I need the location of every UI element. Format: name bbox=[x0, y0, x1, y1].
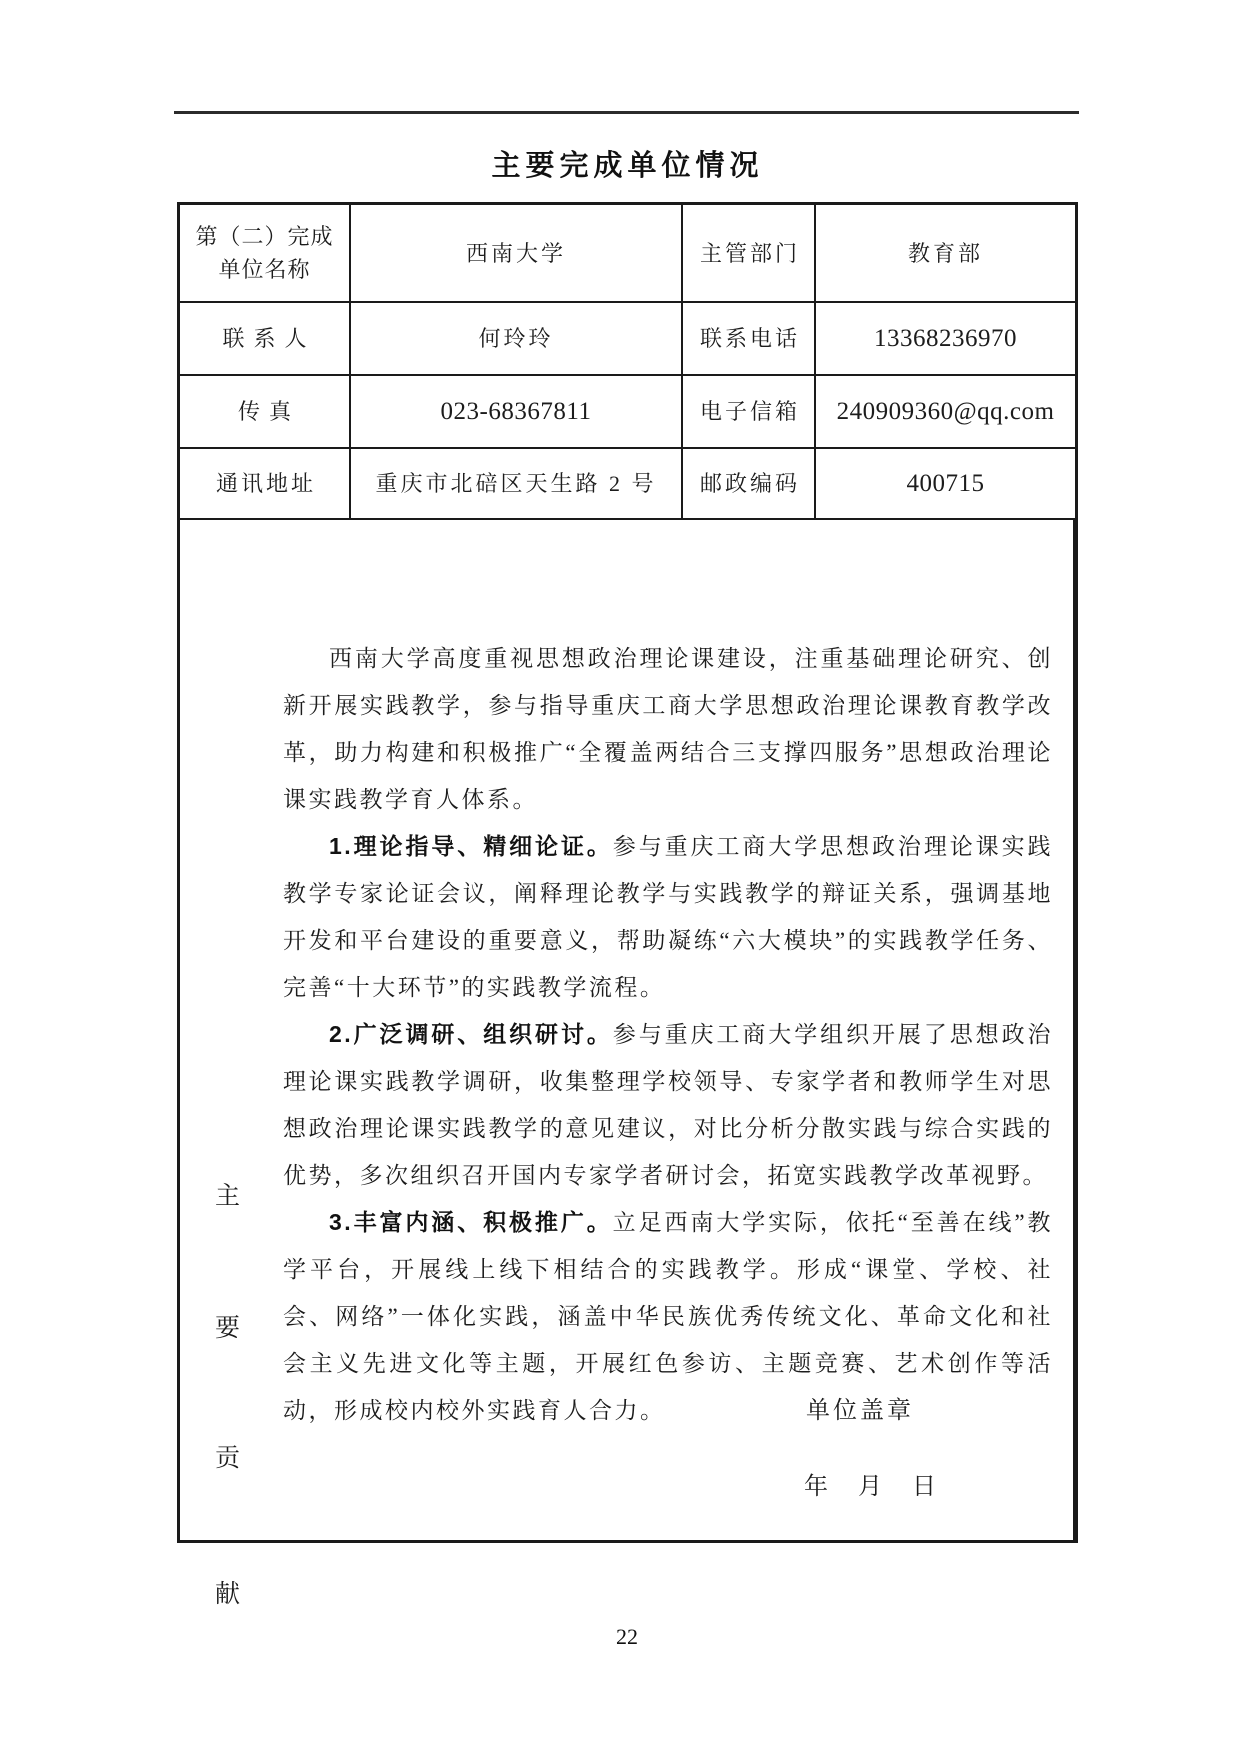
field-postcode-label: 邮政编码 bbox=[683, 449, 816, 520]
date-day-label: 日 bbox=[912, 1466, 936, 1501]
field-email-value: 240909360@qq.com bbox=[816, 376, 1075, 449]
field-supervisor-label: 主管部门 bbox=[683, 205, 816, 303]
unit-info-table: 第（二）完成单位名称 西南大学 主管部门 教育部 联系人 何玲玲 联系电话 13… bbox=[177, 202, 1078, 1543]
field-unit-name-label: 第（二）完成单位名称 bbox=[180, 205, 351, 303]
field-contact-value: 何玲玲 bbox=[351, 303, 683, 376]
paragraph-lead: 3.丰富内涵、积极推广。 bbox=[329, 1209, 613, 1235]
contribution-label-char: 要 bbox=[186, 1312, 269, 1345]
field-fax-label: 传真 bbox=[180, 376, 351, 449]
field-address-label: 通讯地址 bbox=[180, 449, 351, 520]
date-year-label: 年 bbox=[804, 1466, 828, 1501]
contribution-paragraph-1: 1.理论指导、精细论证。参与重庆工商大学思想政治理论课实践教学专家论证会议，阐释… bbox=[283, 823, 1053, 1011]
field-fax-value: 023-68367811 bbox=[351, 376, 683, 449]
unit-stamp-label: 单位盖章 bbox=[806, 1390, 914, 1425]
contribution-paragraph-3: 3.丰富内涵、积极推广。立足西南大学实际，依托“至善在线”教学平台，开展线上线下… bbox=[283, 1199, 1053, 1434]
field-address-value: 重庆市北碚区天生路 2 号 bbox=[351, 449, 683, 520]
field-contact-label: 联系人 bbox=[180, 303, 351, 376]
paragraph-lead: 1.理论指导、精细论证。 bbox=[329, 833, 613, 859]
field-postcode-value: 400715 bbox=[816, 449, 1075, 520]
date-line: 年月日 bbox=[804, 1466, 936, 1501]
field-supervisor-value: 教育部 bbox=[816, 205, 1075, 303]
header-rule bbox=[174, 111, 1079, 114]
paragraph-lead: 2.广泛调研、组织研讨。 bbox=[329, 1021, 613, 1047]
document-page: 主要完成单位情况 第（二）完成单位名称 西南大学 主管部门 教育部 联系人 何玲… bbox=[0, 0, 1240, 1754]
field-phone-value: 13368236970 bbox=[816, 303, 1075, 376]
paragraph-text: 西南大学高度重视思想政治理论课建设，注重基础理论研究、创新开展实践教学，参与指导… bbox=[283, 646, 1053, 812]
field-unit-name-value: 西南大学 bbox=[351, 205, 683, 303]
contribution-label-char: 主 bbox=[186, 1180, 269, 1213]
page-title: 主要完成单位情况 bbox=[177, 143, 1078, 184]
contribution-paragraph-intro: 西南大学高度重视思想政治理论课建设，注重基础理论研究、创新开展实践教学，参与指导… bbox=[283, 635, 1053, 823]
contribution-content: 西南大学高度重视思想政治理论课建设，注重基础理论研究、创新开展实践教学，参与指导… bbox=[271, 626, 1067, 1434]
field-phone-label: 联系电话 bbox=[683, 303, 816, 376]
field-email-label: 电子信箱 bbox=[683, 376, 816, 449]
page-number: 22 bbox=[577, 1624, 677, 1650]
contribution-paragraph-2: 2.广泛调研、组织研讨。参与重庆工商大学组织开展了思想政治理论课实践教学调研，收… bbox=[283, 1011, 1053, 1199]
contribution-label-char: 献 bbox=[186, 1578, 269, 1611]
date-month-label: 月 bbox=[858, 1466, 882, 1501]
contribution-label-char: 贡 bbox=[186, 1442, 269, 1475]
contribution-row: 主 要 贡 献 西南大学高度重视思想政治理论课建设，注重基础理论研究、创新开展实… bbox=[180, 520, 1075, 1540]
paragraph-text: 立足西南大学实际，依托“至善在线”教学平台，开展线上线下相结合的实践教学。形成“… bbox=[283, 1210, 1053, 1423]
